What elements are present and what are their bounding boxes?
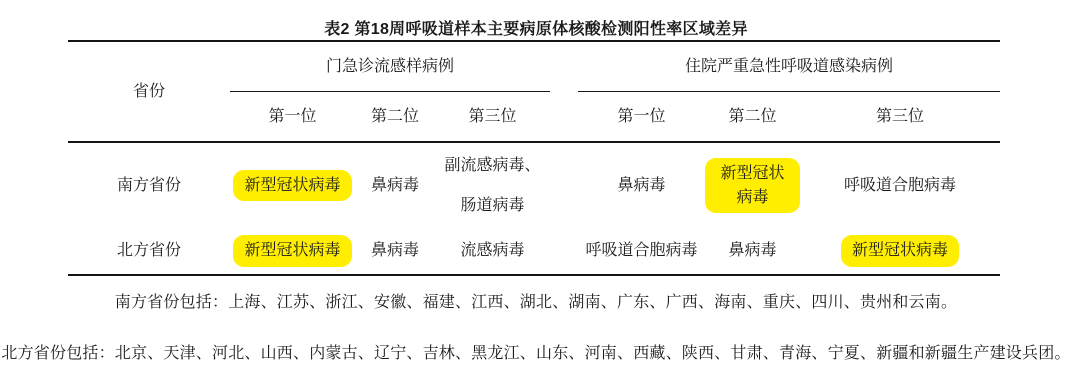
footnote-southern-provinces: 南方省份包括：上海、江苏、浙江、安徽、福建、江西、湖北、湖南、广东、广西、海南、… bbox=[0, 289, 1072, 312]
group-header-hospitalized-sari: 住院严重急性呼吸道感染病例 bbox=[578, 41, 1000, 91]
pathogen-label: 鼻病毒 bbox=[371, 174, 419, 197]
column-spacer bbox=[550, 41, 578, 142]
highlighted-pathogen: 新型冠状病毒 bbox=[705, 158, 800, 212]
cell-northern-hospitalized-rank2: 鼻病毒 bbox=[705, 228, 800, 275]
cell-southern-outpatient-rank2: 鼻病毒 bbox=[355, 142, 435, 228]
cell-northern-hospitalized-rank1: 呼吸道合胞病毒 bbox=[578, 228, 705, 275]
pathogen-label: 副流感病毒、 肠道病毒 bbox=[444, 146, 540, 224]
subheader-hospitalized-rank2: 第二位 bbox=[705, 91, 800, 142]
cell-southern-outpatient-rank1: 新型冠状病毒 bbox=[230, 142, 355, 228]
subheader-outpatient-rank3: 第三位 bbox=[435, 91, 550, 142]
subheader-hospitalized-rank1: 第一位 bbox=[578, 91, 705, 142]
pathogen-label: 呼吸道合胞病毒 bbox=[585, 239, 697, 262]
subheader-outpatient-rank2: 第二位 bbox=[355, 91, 435, 142]
cell-southern-outpatient-rank3: 副流感病毒、 肠道病毒 bbox=[435, 142, 550, 228]
table-row-southern: 南方省份 新型冠状病毒 鼻病毒 副流感病毒、 肠道病毒 鼻病毒 新型冠状病毒 呼… bbox=[68, 142, 1000, 228]
pathogen-label: 流感病毒 bbox=[460, 239, 524, 262]
footnote-northern-provinces: 北方省份包括：北京、天津、河北、山西、内蒙古、辽宁、吉林、黑龙江、山东、河南、西… bbox=[0, 340, 1072, 363]
spacer-cell bbox=[550, 228, 578, 275]
pathogen-positivity-table: 省份 门急诊流感样病例 住院严重急性呼吸道感染病例 第一位 第二位 第三位 第一… bbox=[68, 40, 1000, 276]
cell-southern-hospitalized-rank3: 呼吸道合胞病毒 bbox=[800, 142, 1000, 228]
table-row-northern: 北方省份 新型冠状病毒 鼻病毒 流感病毒 呼吸道合胞病毒 鼻病毒 新型冠状病毒 bbox=[68, 228, 1000, 275]
cell-northern-hospitalized-rank3: 新型冠状病毒 bbox=[800, 228, 1000, 275]
highlighted-pathogen: 新型冠状病毒 bbox=[233, 235, 351, 266]
pathogen-label: 鼻病毒 bbox=[728, 239, 776, 262]
row-label-northern: 北方省份 bbox=[68, 228, 230, 275]
group-header-outpatient-ili: 门急诊流感样病例 bbox=[230, 41, 550, 91]
cell-northern-outpatient-rank2: 鼻病毒 bbox=[355, 228, 435, 275]
subheader-hospitalized-rank3: 第三位 bbox=[800, 91, 1000, 142]
report-page: 表2 第18周呼吸道样本主要病原体核酸检测阳性率区域差异 省份 门急诊流感样病例… bbox=[0, 0, 1072, 391]
cell-northern-outpatient-rank3: 流感病毒 bbox=[435, 228, 550, 275]
cell-southern-hospitalized-rank2: 新型冠状病毒 bbox=[705, 142, 800, 228]
row-label-southern: 南方省份 bbox=[68, 142, 230, 228]
table-title: 表2 第18周呼吸道样本主要病原体核酸检测阳性率区域差异 bbox=[0, 0, 1072, 40]
spacer-cell bbox=[550, 142, 578, 228]
pathogen-label: 鼻病毒 bbox=[371, 239, 419, 262]
highlighted-pathogen: 新型冠状病毒 bbox=[841, 235, 959, 266]
pathogen-label: 呼吸道合胞病毒 bbox=[844, 174, 956, 197]
subheader-outpatient-rank1: 第一位 bbox=[230, 91, 355, 142]
group-header-row: 省份 门急诊流感样病例 住院严重急性呼吸道感染病例 bbox=[68, 41, 1000, 91]
cell-southern-hospitalized-rank1: 鼻病毒 bbox=[578, 142, 705, 228]
pathogen-label: 鼻病毒 bbox=[617, 174, 665, 197]
highlighted-pathogen: 新型冠状病毒 bbox=[233, 170, 351, 201]
column-header-province: 省份 bbox=[68, 41, 230, 142]
cell-northern-outpatient-rank1: 新型冠状病毒 bbox=[230, 228, 355, 275]
